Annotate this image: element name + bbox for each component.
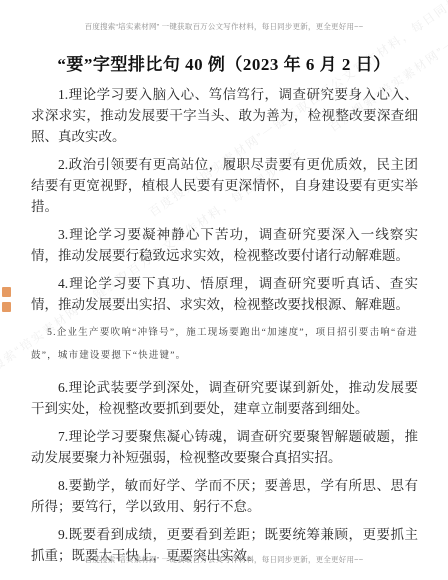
document-page: 百度搜索“培实素材网” 一键获取百万公文写作材料，每日同步更新，更全更好用~~ … <box>0 0 448 580</box>
paragraph-7: 7.理论学习要聚焦凝心铸魂，调查研究要聚智解题破题，推动发展要聚力补短强弱，检视… <box>31 426 418 468</box>
page-title: “要”字型排比句 40 例（2023 年 6 月 2 日） <box>0 50 448 75</box>
paragraph-3: 3.理论学习要凝神静心下苦功，调查研究要深入一线察实情，推动发展要行稳致远求实效… <box>31 224 418 266</box>
paragraph-2: 2.政治引领要有更高站位，履职尽责要有更优质效，民主团结要有更宽视野，植根人民要… <box>31 154 418 217</box>
paragraph-4: 4.理论学习要下真功、悟原理，调查研究要听真话、查实情，推动发展要出实招、求实效… <box>31 273 418 315</box>
footer-promo-note: 百度搜索“培实素材网” 一键获取百万公文写作材料，每日同步更新，更全更好用~~ <box>0 555 448 565</box>
left-edge-orange-mark-icon <box>2 302 11 312</box>
paragraph-5: 5.企业生产要吹响“冲锋号”，施工现场要跑出“加速度”，项目招引要击响“奋进鼓”… <box>31 322 418 368</box>
left-edge-orange-mark-icon <box>2 287 11 297</box>
paragraph-6: 6.理论武装要学到深处，调查研究要谋到新处，推动发展要干到实处，检视整改要抓到要… <box>31 377 418 419</box>
paragraph-8: 8.要勤学，敏而好学、学而不厌；要善思，学有所思、思有所得；要笃行，学以致用、躬… <box>31 475 418 517</box>
paragraph-1: 1.理论学习要入脑入心、笃信笃行，调查研究要身入心入、求深求实，推动发展要干字当… <box>31 84 418 147</box>
header-promo-note: 百度搜索“培实素材网” 一键获取百万公文写作材料，每日同步更新，更全更好用~~ <box>0 22 448 32</box>
document-body: 1.理论学习要入脑入心、笃信笃行，调查研究要身入心入、求深求实，推动发展要干字当… <box>31 84 418 573</box>
